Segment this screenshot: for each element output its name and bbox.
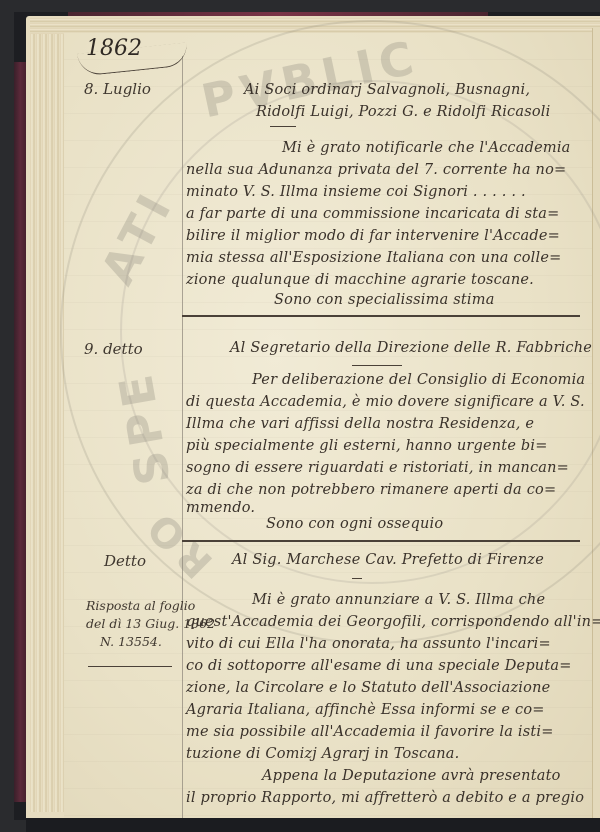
entry-1-recipient-line-1: Ai Soci ordinarj Salvagnoli, Busnagni,	[244, 82, 530, 98]
entry-3-separator	[352, 578, 362, 579]
entry-3-body-line-5: zione, la Circolare e lo Statuto dell'As…	[186, 680, 550, 696]
entry-2-body-line-4: più specialmente gli esterni, hanno urge…	[186, 438, 548, 454]
entry-3-margin-note-line-1: Risposta al foglio	[86, 596, 195, 616]
entry-3-margin-note-line-3: N. 13554.	[100, 632, 162, 652]
entry-divider-1	[182, 315, 580, 317]
entry-3-body-line-7: me sia possibile all'Accademia il favori…	[186, 724, 554, 740]
entry-divider-2	[182, 540, 580, 542]
entry-3-body-line-8: tuzione di Comizj Agrarj in Toscana.	[186, 746, 459, 762]
entry-2-body-line-5: sogno di essere riguardati e ristoriati,…	[186, 460, 569, 476]
margin-note-separator	[88, 666, 172, 667]
entry-1-body-line-7: zione qualunque di macchine agrarie tosc…	[186, 272, 534, 288]
entry-3-date: Detto	[104, 552, 146, 570]
entry-1-body-line-1: Mi è grato notificarle che l'Accademia	[282, 140, 571, 156]
entry-2-body-line-7: mmendo.	[186, 500, 255, 516]
entry-3-recipient-line-1: Al Sig. Marchese Cav. Prefetto di Firenz…	[232, 552, 544, 568]
entry-3-body-line-9: Appena la Deputazione avrà presentato	[262, 768, 561, 784]
entry-3-body-line-6: Agraria Italiana, affinchè Essa informi …	[186, 702, 545, 718]
entry-2-recipient-line-1: Al Segretario della Direzione delle R. F…	[230, 340, 592, 356]
entry-3-body-line-4: co di sottoporre all'esame di una specia…	[186, 658, 572, 674]
entry-3-body-line-1: Mi è grato annunziare a V. S. Illma che	[252, 592, 545, 608]
page-edges-top	[30, 18, 600, 34]
entry-3-body-line-10: il proprio Rapporto, mi affretterò a deb…	[186, 790, 584, 806]
bottom-shadow	[26, 818, 600, 832]
entry-3-body-line-2: quest'Accademia dei Georgofili, corrispo…	[186, 614, 600, 630]
margin-rule	[182, 56, 183, 826]
entry-1-body-line-4: a far parte di una commissione incaricat…	[186, 206, 559, 222]
entry-2-body-line-1: Per deliberazione del Consiglio di Econo…	[252, 372, 585, 388]
page-edges-left	[30, 22, 64, 812]
entry-1-body-line-5: bilire il miglior modo di far intervenir…	[186, 228, 560, 244]
entry-1-body-line-6: mia stessa all'Esposizione Italiana con …	[186, 250, 561, 266]
entry-1-body-line-3: minato V. S. Illma insieme coi Signori .…	[186, 184, 526, 200]
entry-2-body-line-6: za di che non potrebbero rimanere aperti…	[186, 482, 556, 498]
entry-1-body-line-2: nella sua Adunanza privata del 7. corren…	[186, 162, 566, 178]
entry-2-date: 9. detto	[84, 340, 143, 358]
entry-2-closing: Sono con ogni ossequio	[266, 516, 443, 532]
entry-2-separator	[352, 365, 402, 366]
entry-2-body-line-3: Illma che vari affissi della nostra Resi…	[186, 416, 534, 432]
entry-1-closing: Sono con specialissima stima	[274, 292, 495, 308]
entry-3-body-line-3: vito di cui Ella l'ha onorata, ha assunt…	[186, 636, 551, 652]
entry-1-date: 8. Luglio	[84, 80, 151, 98]
entry-1-recipient-line-2: Ridolfi Luigi, Pozzi G. e Ridolfi Ricaso…	[256, 104, 550, 120]
entry-1-separator	[270, 126, 296, 127]
entry-2-body-line-2: di questa Accademia, è mio dovere signif…	[186, 394, 585, 410]
